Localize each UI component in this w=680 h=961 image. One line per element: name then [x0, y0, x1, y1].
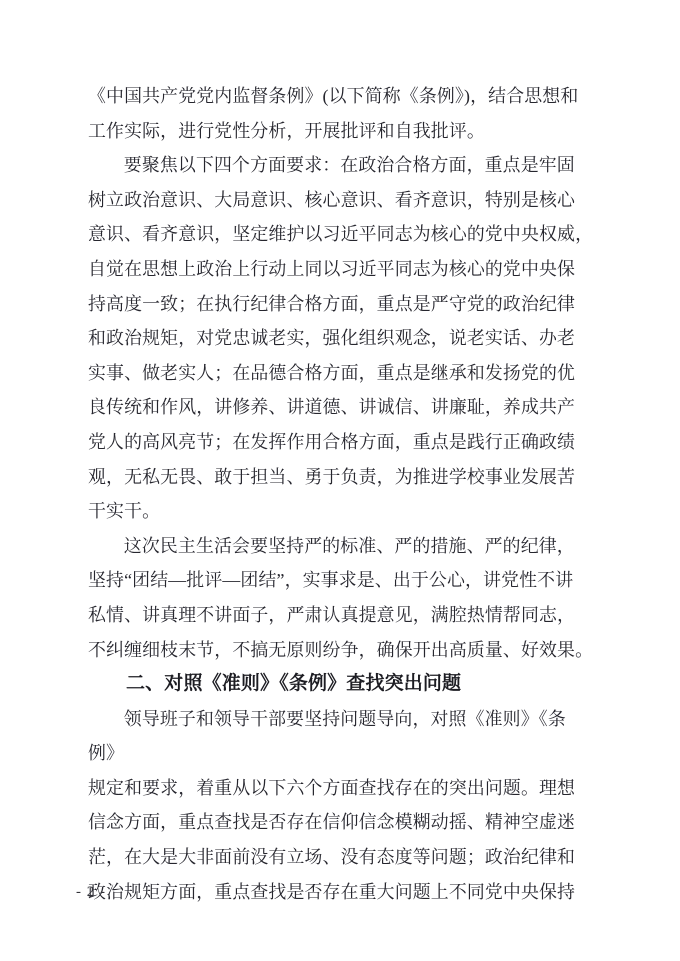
document-page: 《中国共产党党内监督条例》(以下简称《条例》)，结合思想和 工作实际，进行党性分…: [0, 0, 680, 961]
document-body: 《中国共产党党内监督条例》(以下简称《条例》)，结合思想和 工作实际，进行党性分…: [88, 79, 598, 909]
paragraph: 这次民主生活会要坚持严的标准、严的措施、严的纪律， 坚持“团结—批评—团结”，实…: [88, 529, 598, 667]
paragraph: 领导班子和领导干部要坚持问题导向，对照《准则》《条例》 规定和要求，着重从以下六…: [88, 702, 598, 910]
paragraph: 要聚焦以下四个方面要求：在政治合格方面，重点是牢固 树立政治意识、大局意识、核心…: [88, 148, 598, 529]
page-number: - 2 -: [76, 884, 106, 901]
section-heading: 二、对照《准则》《条例》查找突出问题: [88, 667, 598, 702]
paragraph: 《中国共产党党内监督条例》(以下简称《条例》)，结合思想和 工作实际，进行党性分…: [88, 79, 598, 148]
